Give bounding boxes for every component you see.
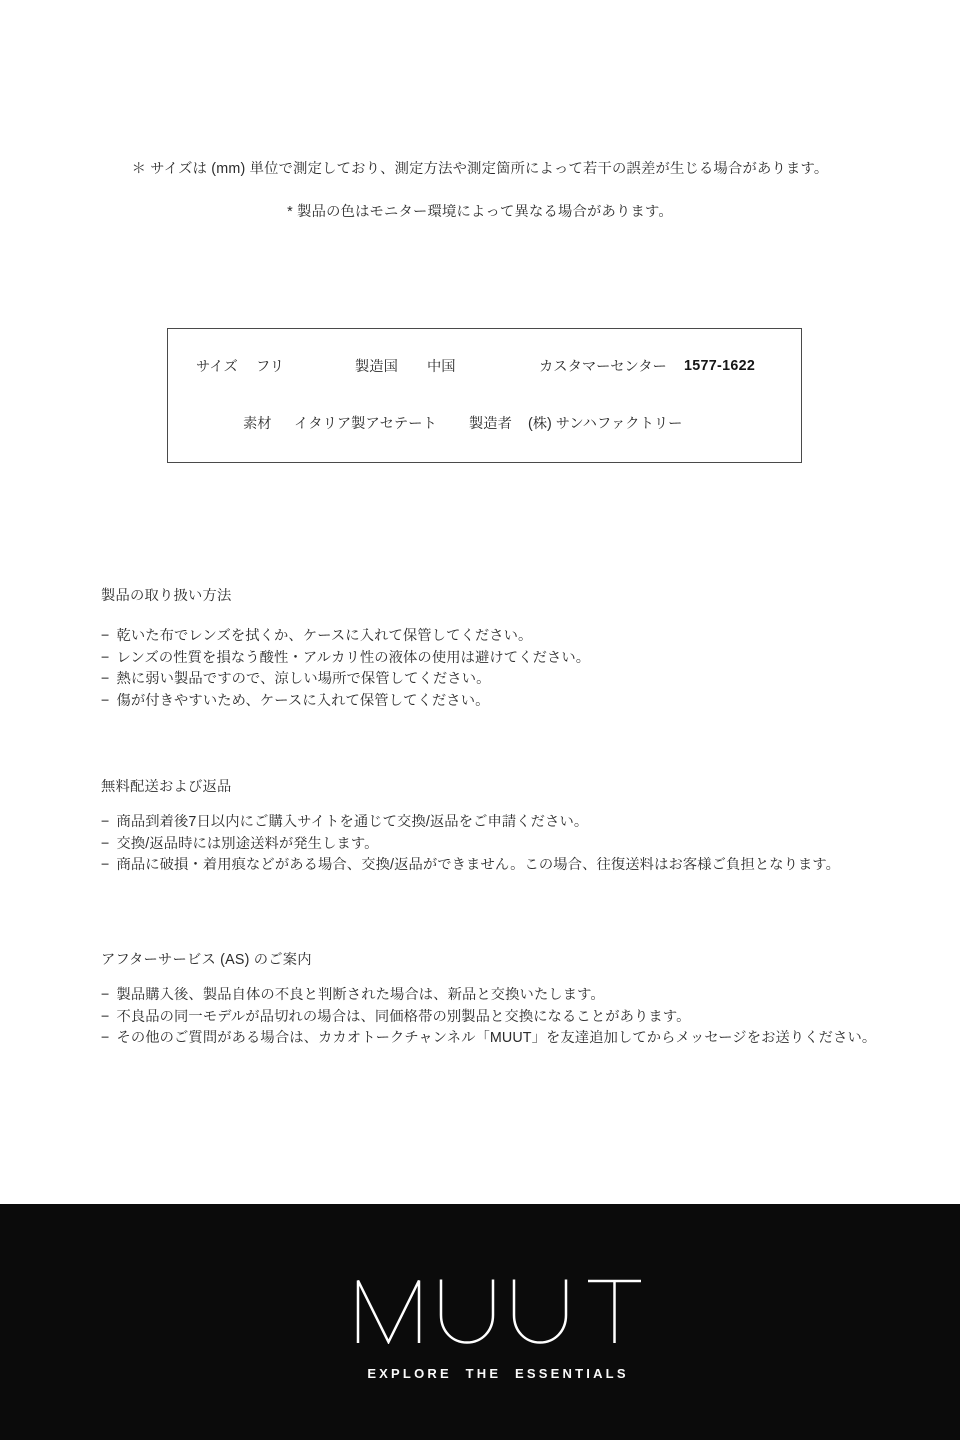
dash-bullet: −: [101, 985, 109, 1007]
list-item: −商品に破損・着用痕などがある場合、交換/返品ができません。この場合、往復送料は…: [101, 855, 840, 877]
list-item-text: 乾いた布でレンズを拭くか、ケースに入れて保管してください。: [116, 628, 532, 644]
dash-bullet: −: [101, 669, 109, 691]
section-handling-list: −乾いた布でレンズを拭くか、ケースに入れて保管してください。 −レンズの性質を損…: [101, 626, 590, 713]
product-spec-box: サイズ フリ 製造国 中国 カスタマーセンター 1577-1622 素材 イタリ…: [167, 328, 802, 463]
dash-bullet: −: [101, 648, 109, 670]
spec-customer-center-label: カスタマーセンター: [539, 359, 667, 376]
brand-footer: MUUT EXPLORE THE ESSENTIALS: [0, 1204, 960, 1440]
list-item-text: 熱に弱い製品ですので、涼しい場所で保管してください。: [116, 671, 490, 687]
spec-size-value: フリ: [256, 359, 284, 376]
brand-logo-text: MUUT: [498, 1344, 499, 1345]
list-item: −傷が付きやすいため、ケースに入れて保管してください。: [101, 691, 590, 713]
dash-bullet: −: [101, 855, 109, 877]
brand-footer-inner: MUUT EXPLORE THE ESSENTIALS: [355, 1204, 641, 1381]
list-item-text: 商品に破損・着用痕などがある場合、交換/返品ができません。この場合、往復送料はお…: [116, 857, 840, 873]
dash-bullet: −: [101, 1028, 109, 1050]
spec-material-label: 素材: [243, 416, 272, 433]
section-shipping-returns-heading: 無料配送および返品: [101, 779, 840, 796]
section-handling: 製品の取り扱い方法 −乾いた布でレンズを拭くか、ケースに入れて保管してください。…: [101, 588, 590, 713]
section-after-service: アフターサービス (AS) のご案内 −製品購入後、製品自体の不良と判断された場…: [101, 952, 876, 1050]
list-item: −レンズの性質を損なう酸性・アルカリ性の液体の使用は避けてください。: [101, 648, 590, 670]
list-item: −商品到着後7日以内にご購入サイトを通じて交換/返品をご申請ください。: [101, 812, 840, 834]
list-item: −その他のご質問がある場合は、カカオトークチャンネル「MUUT」を友達追加してか…: [101, 1028, 876, 1050]
list-item: −製品購入後、製品自体の不良と判断された場合は、新品と交換いたします。: [101, 985, 876, 1007]
dash-bullet: −: [101, 1007, 109, 1029]
list-item: −熱に弱い製品ですので、涼しい場所で保管してください。: [101, 669, 590, 691]
dash-bullet: −: [101, 626, 109, 648]
dash-bullet: −: [101, 812, 109, 834]
list-item-text: 傷が付きやすいため、ケースに入れて保管してください。: [116, 693, 489, 709]
spec-manufacturer-value: (株) サンハファクトリー: [528, 416, 682, 433]
spec-manufacturer-label: 製造者: [469, 416, 512, 433]
list-item-text: レンズの性質を損なう酸性・アルカリ性の液体の使用は避けてください。: [116, 650, 590, 666]
monitor-color-note: * 製品の色はモニター環境によって異なる場合があります。: [0, 204, 960, 221]
section-shipping-returns: 無料配送および返品 −商品到着後7日以内にご購入サイトを通じて交換/返品をご申請…: [101, 779, 840, 877]
dash-bullet: −: [101, 691, 109, 713]
spec-material-value: イタリア製アセテート: [294, 416, 437, 433]
spec-origin-label: 製造国: [355, 359, 398, 376]
spec-size-label: サイズ: [196, 359, 238, 376]
spec-customer-center-number: 1577-1622: [684, 358, 755, 375]
product-info-page: ＊ サイズは (mm) 単位で測定しており、測定方法や測定箇所によって若干の誤差…: [0, 0, 960, 1440]
measurement-note: ＊ サイズは (mm) 単位で測定しており、測定方法や測定箇所によって若干の誤差…: [0, 161, 960, 178]
list-item-text: 交換/返品時には別途送料が発生します。: [116, 836, 378, 852]
list-item: −不良品の同一モデルが品切れの場合は、同価格帯の別製品と交換になることがあります…: [101, 1007, 876, 1029]
spec-origin-value: 中国: [427, 359, 456, 376]
section-after-service-heading: アフターサービス (AS) のご案内: [101, 952, 876, 969]
brand-tagline: EXPLORE THE ESSENTIALS: [355, 1366, 641, 1381]
muut-logo: [355, 1278, 641, 1344]
section-shipping-returns-list: −商品到着後7日以内にご購入サイトを通じて交換/返品をご申請ください。 −交換/…: [101, 812, 840, 877]
section-after-service-list: −製品購入後、製品自体の不良と判断された場合は、新品と交換いたします。 −不良品…: [101, 985, 876, 1050]
list-item: −乾いた布でレンズを拭くか、ケースに入れて保管してください。: [101, 626, 590, 648]
dash-bullet: −: [101, 834, 109, 856]
list-item: −交換/返品時には別途送料が発生します。: [101, 834, 840, 856]
list-item-text: 製品購入後、製品自体の不良と判断された場合は、新品と交換いたします。: [116, 987, 604, 1003]
list-item-text: 不良品の同一モデルが品切れの場合は、同価格帯の別製品と交換になることがあります。: [116, 1009, 690, 1025]
list-item-text: その他のご質問がある場合は、カカオトークチャンネル「MUUT」を友達追加してから…: [116, 1030, 876, 1046]
section-handling-heading: 製品の取り扱い方法: [101, 588, 590, 605]
list-item-text: 商品到着後7日以内にご購入サイトを通じて交換/返品をご申請ください。: [116, 814, 588, 830]
